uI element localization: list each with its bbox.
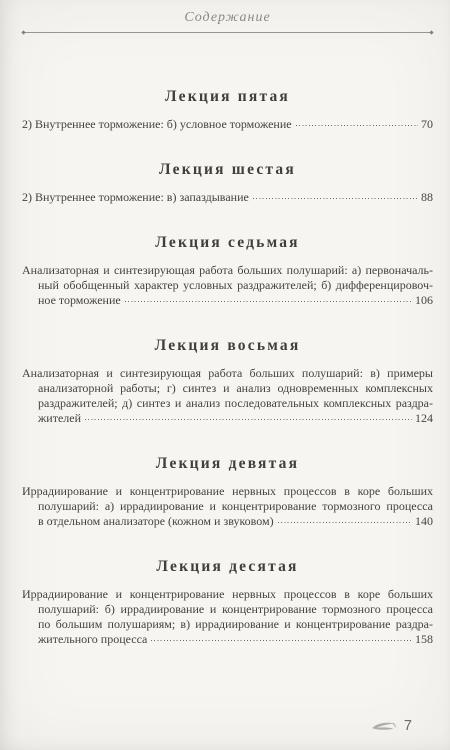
toc-entry: 2) Внутреннее торможение: б) условное то… <box>22 117 433 132</box>
lecture-heading: Лекция восьмая <box>22 336 433 356</box>
folio-page-number: 7 <box>404 718 412 734</box>
rule-line <box>25 32 430 33</box>
lecture-heading: Лекция девятая <box>22 454 433 474</box>
toc-entry: Иррадиирование и концентрирование нервны… <box>22 587 433 647</box>
toc-entry-last-line: 2) Внутреннее торможение: в) запаздывани… <box>22 190 433 205</box>
dot-leader <box>278 521 412 523</box>
toc-page-number: 124 <box>415 411 433 426</box>
toc-entry-line: анализаторной работы; г) синтез и анализ… <box>22 381 433 396</box>
toc-entry-last-line: жительного процесса 158 <box>22 632 433 647</box>
dot-leader <box>85 418 412 420</box>
toc-entry: Анализаторная и синтезирующая работа бол… <box>22 366 433 426</box>
toc-entry-line: полушарий: б) иррадиирование и концентри… <box>22 602 433 617</box>
toc-entry: 2) Внутреннее торможение: в) запаздывани… <box>22 190 433 205</box>
toc-entry-text: жителей <box>38 411 81 426</box>
toc-entry-text: 2) Внутреннее торможение: в) запаздывани… <box>22 190 249 205</box>
lecture-heading: Лекция пятая <box>22 87 433 107</box>
toc-section-lecture-6: Лекция шестая 2) Внутреннее торможение: … <box>22 160 433 205</box>
page-footer: 7 <box>371 718 412 734</box>
leaf-flourish-icon <box>371 721 397 732</box>
toc-page-number: 106 <box>415 293 433 308</box>
toc-section-lecture-10: Лекция десятая Иррадиирование и концентр… <box>22 557 433 647</box>
toc-section-lecture-9: Лекция девятая Иррадиирование и концентр… <box>22 454 433 529</box>
toc-entry-text: в отдельном анализаторе (кожном и звуков… <box>38 514 274 529</box>
toc-entry-line: Иррадиирование и концентрирование нервны… <box>22 587 433 602</box>
toc-entry-line: полушарий: а) иррадиирование и концентри… <box>22 499 433 514</box>
toc-entry-last-line: ное торможение 106 <box>22 293 433 308</box>
toc-page-number: 88 <box>421 190 433 205</box>
toc-entry-line: ный обобщенный характер условных раздраж… <box>22 278 433 293</box>
toc-entry: Иррадиирование и концентрирование нервны… <box>22 484 433 529</box>
toc-entry-text: 2) Внутреннее торможение: б) условное то… <box>22 117 292 132</box>
toc-entry-line: Анализаторная и синтезирующая работа бол… <box>22 263 433 278</box>
toc-section-lecture-8: Лекция восьмая Анализаторная и синтезиру… <box>22 336 433 426</box>
toc-page-number: 140 <box>415 514 433 529</box>
rule-end-diamond-left-icon <box>21 30 25 34</box>
toc-entry-line: Иррадиирование и концентрирование нервны… <box>22 484 433 499</box>
toc-section-lecture-7: Лекция седьмая Анализаторная и синтезиру… <box>22 233 433 308</box>
lecture-heading: Лекция шестая <box>22 160 433 180</box>
lecture-heading: Лекция седьмая <box>22 233 433 253</box>
toc-entry-last-line: 2) Внутреннее торможение: б) условное то… <box>22 117 433 132</box>
toc-entry-text: ное торможение <box>38 293 121 308</box>
dot-leader <box>253 197 418 199</box>
toc-page-number: 158 <box>415 632 433 647</box>
dot-leader <box>296 124 418 126</box>
rule-end-diamond-right-icon <box>429 30 433 34</box>
header-rule <box>22 31 433 34</box>
toc-entry-line: по большим полушариям; в) иррадиирование… <box>22 617 433 632</box>
toc-section-lecture-5: Лекция пятая 2) Внутреннее торможение: б… <box>22 87 433 132</box>
lecture-heading: Лекция десятая <box>22 557 433 577</box>
toc-entry-text: жительного процесса <box>38 632 147 647</box>
book-page: Содержание Лекция пятая 2) Внутреннее то… <box>0 0 450 647</box>
toc-entry-last-line: жителей 124 <box>22 411 433 426</box>
toc-page-number: 70 <box>421 117 433 132</box>
dot-leader <box>125 300 412 302</box>
toc-entry-last-line: в отдельном анализаторе (кожном и звуков… <box>22 514 433 529</box>
toc-entry: Анализаторная и синтезирующая работа бол… <box>22 263 433 308</box>
toc-entry-line: Анализаторная и синтезирующая работа бол… <box>22 366 433 381</box>
dot-leader <box>151 639 412 641</box>
contents-title: Содержание <box>22 8 433 28</box>
toc-entry-line: раздражителей; д) синтез и анализ послед… <box>22 396 433 411</box>
